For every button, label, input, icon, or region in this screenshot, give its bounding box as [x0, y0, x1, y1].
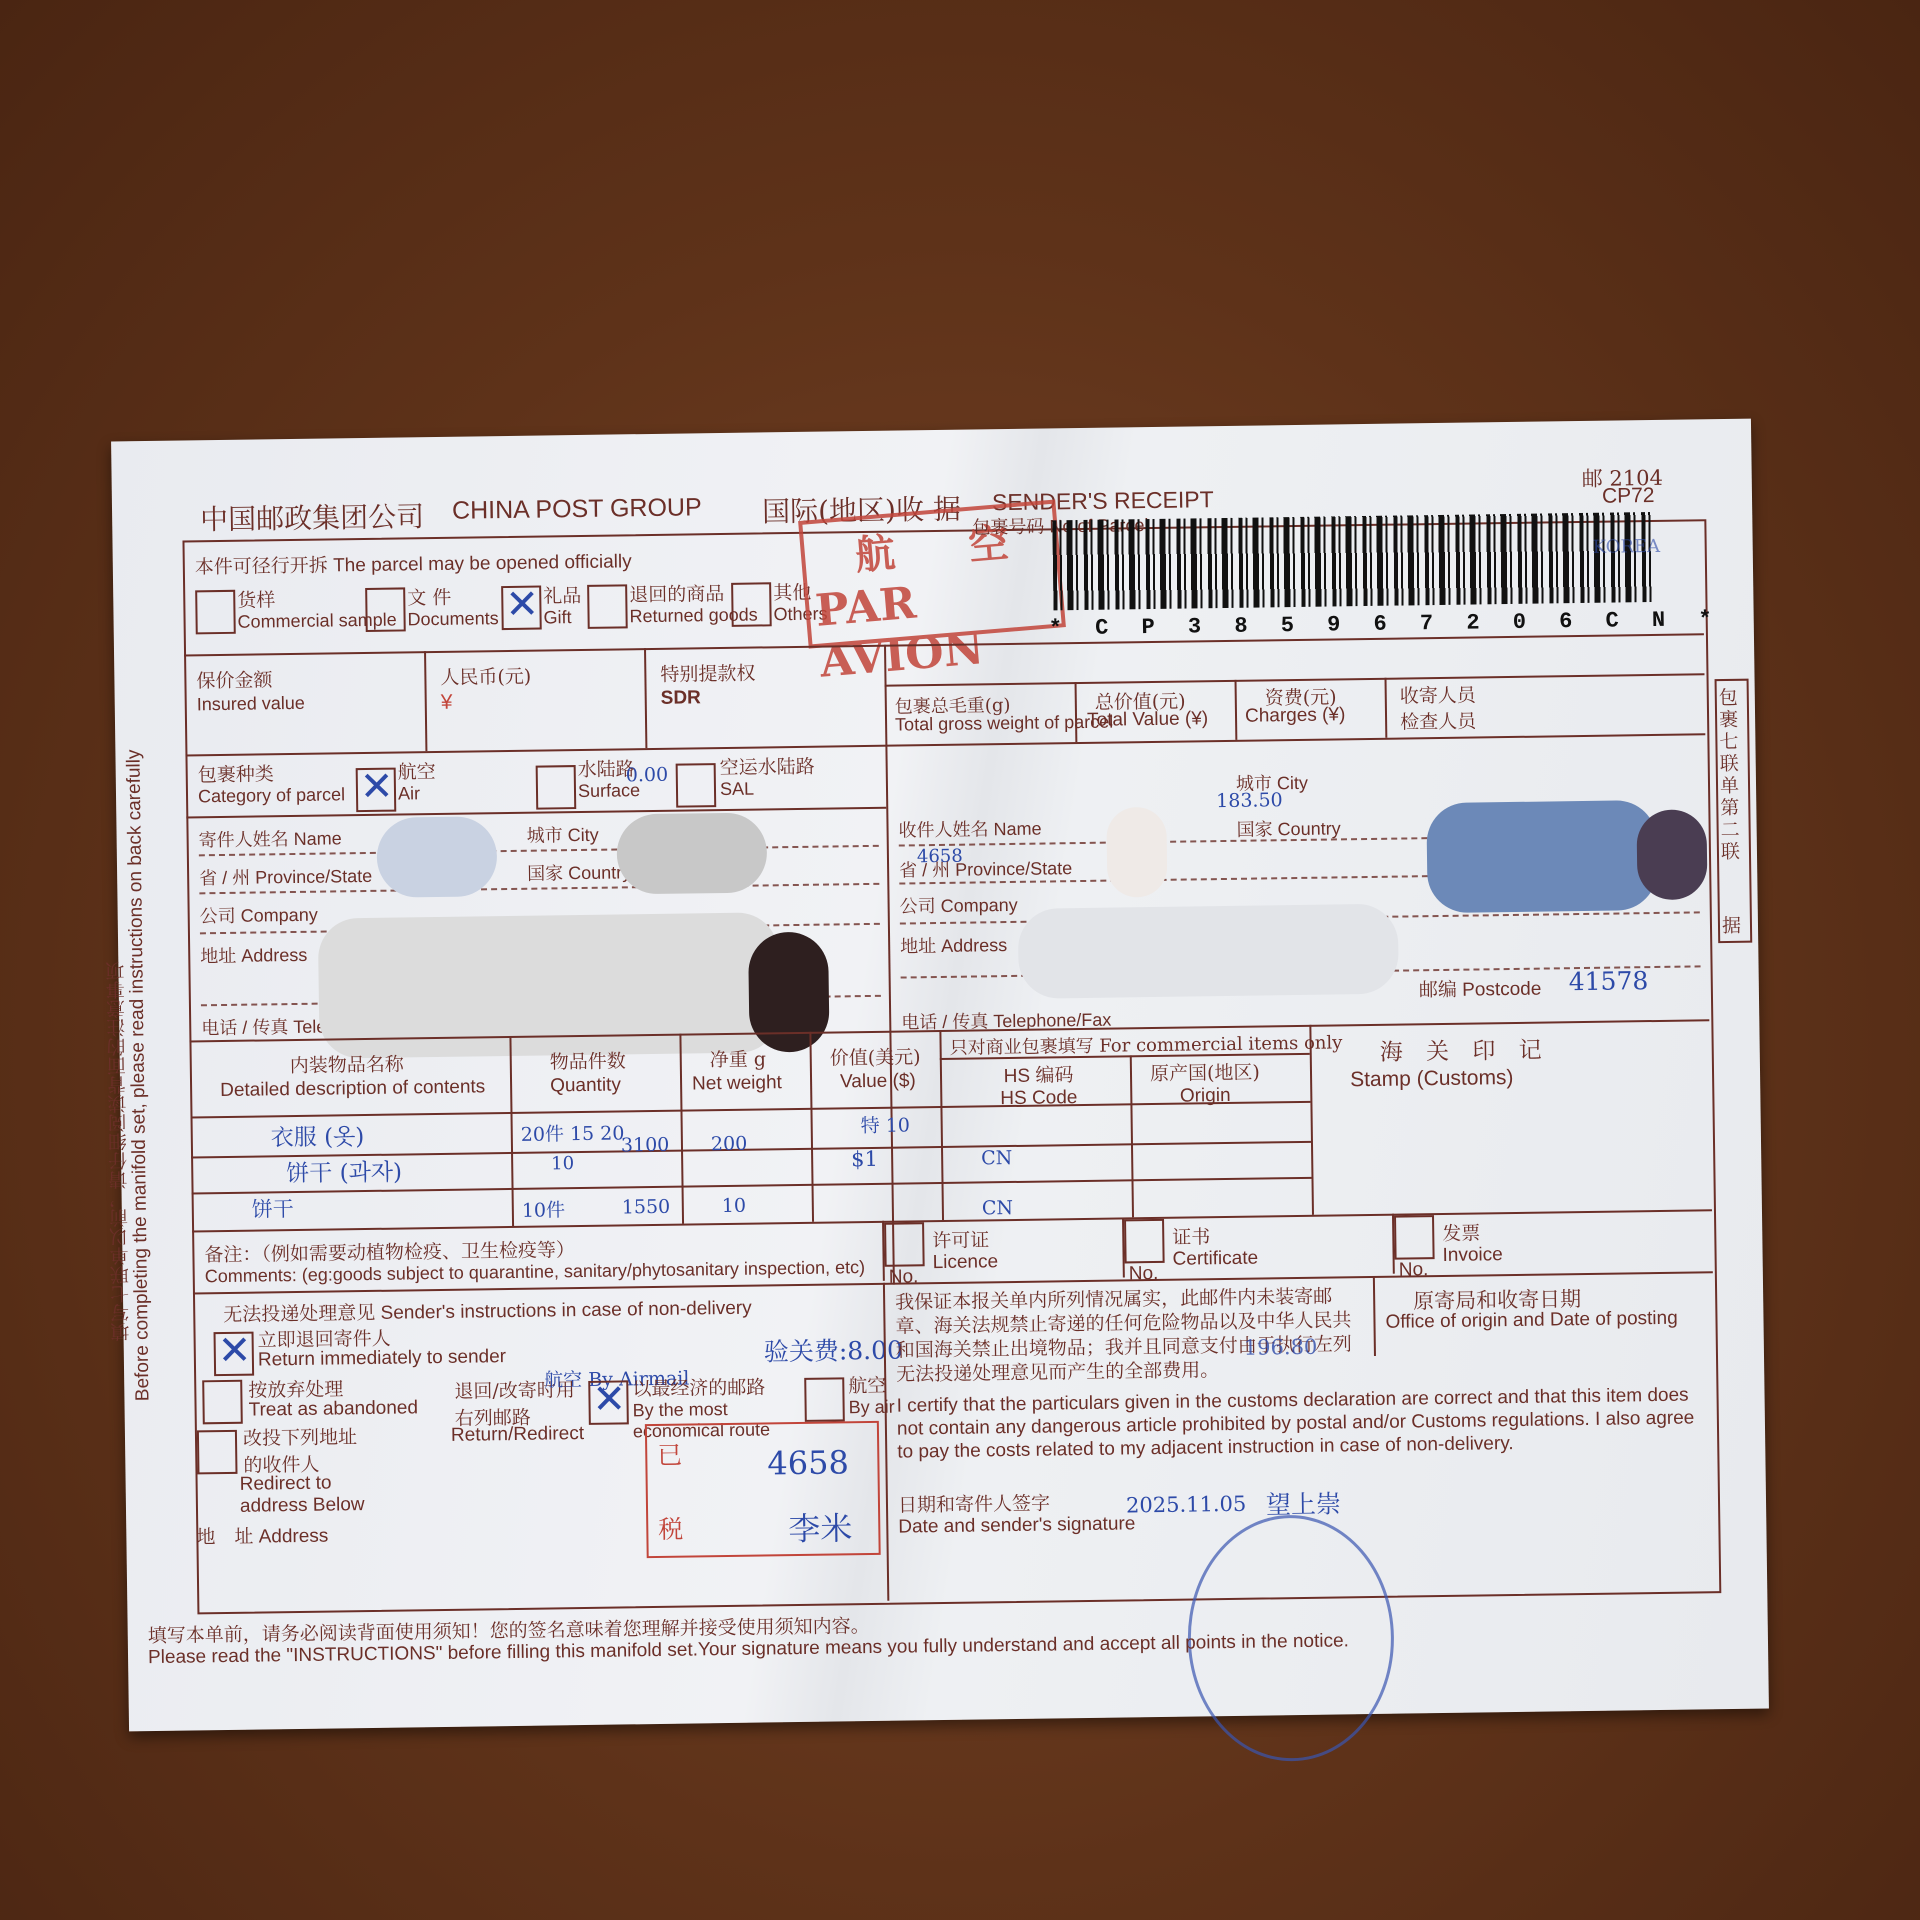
recipient-province-field[interactable]: 省 / 州 Province/State — [899, 854, 1072, 882]
customs-stamp-label: Stamp (Customs) — [1350, 1066, 1514, 1092]
redirect-address-field[interactable]: 地 址 Address — [196, 1521, 328, 1550]
checkbox-surface[interactable] — [536, 765, 577, 810]
form-code-cp72: CP72 — [1602, 484, 1655, 509]
company-name-en: CHINA POST GROUP — [452, 493, 702, 525]
checkbox-treat-abandoned[interactable] — [202, 1380, 243, 1425]
redaction — [376, 816, 497, 898]
table-row: 饼干 — [252, 1193, 294, 1224]
licence-no-field[interactable]: No. — [889, 1266, 919, 1288]
sender-country-field[interactable]: 国家 Country — [527, 858, 631, 885]
certificate-no-field[interactable]: No. — [1129, 1263, 1159, 1285]
charges-label: Charges (¥) — [1245, 704, 1346, 727]
redaction — [1106, 807, 1167, 898]
content-type-options: 货样 Commercial sample 文 件 Documents 礼品 Gi… — [111, 419, 1751, 442]
handwritten-charge: 183.50 — [1216, 789, 1283, 812]
redaction — [1018, 904, 1399, 999]
insured-value-label: Insured value — [197, 693, 305, 716]
right-note-zh: 包裹七联单第二联 — [1719, 687, 1743, 863]
recipient-postcode-value[interactable]: 41578 — [1569, 966, 1649, 996]
checkbox-air[interactable] — [356, 768, 397, 813]
sdr-label: SDR — [661, 687, 701, 710]
checkbox-redirect[interactable] — [197, 1430, 238, 1475]
redaction — [616, 812, 767, 894]
signature-label: Date and sender's signature — [898, 1513, 1135, 1538]
sender-name-field[interactable]: 寄件人姓名 Name — [198, 824, 341, 852]
paid-stamp: 已 税 4658 李米 — [645, 1421, 881, 1558]
table-row: 饼干 (과자) — [286, 1154, 402, 1189]
handwritten-surface-value: 0.00 — [626, 764, 669, 787]
table-row: 衣服 (옷) — [271, 1118, 365, 1152]
rmb-symbol: ¥ — [441, 691, 453, 715]
checkbox-gift[interactable] — [501, 586, 542, 631]
company-name-zh: 中国邮政集团公司 — [200, 495, 425, 538]
checkbox-others[interactable] — [731, 582, 772, 627]
checkbox-return-to-sender[interactable] — [214, 1332, 255, 1377]
sender-address-field[interactable]: 地址 Address — [200, 941, 307, 968]
office-origin-label: Office of origin and Date of posting — [1385, 1307, 1705, 1333]
checkbox-economical-route[interactable] — [588, 1380, 629, 1425]
recipient-address-field[interactable]: 地址 Address — [900, 931, 1007, 958]
sender-province-field[interactable]: 省 / 州 Province/State — [199, 862, 372, 890]
sender-block: 寄件人姓名 Name 城市 City 省 / 州 Province/State … — [111, 419, 1751, 442]
contents-table: 内装物品名称 Detailed description of contents … — [111, 419, 1751, 442]
checkbox-licence[interactable] — [884, 1222, 925, 1267]
senders-receipt-form: 中国邮政集团公司 CHINA POST GROUP 国际(地区)收 据 SEND… — [111, 419, 1769, 1732]
recipient-company-field[interactable]: 公司 Company — [899, 891, 1017, 919]
sender-city-field[interactable]: 城市 City — [526, 821, 598, 848]
invoice-no-field[interactable]: No. — [1399, 1259, 1429, 1281]
barcode-overprint: KOREA — [1593, 536, 1661, 558]
posting-date: 2025.11.05 — [1126, 1492, 1247, 1518]
sender-company-field[interactable]: 公司 Company — [200, 901, 318, 929]
redaction — [1636, 809, 1707, 900]
category-label: Category of parcel — [198, 784, 345, 807]
checkbox-commercial-sample[interactable] — [195, 590, 236, 635]
barcode — [1052, 512, 1653, 610]
checkbox-invoice[interactable] — [1394, 1215, 1435, 1260]
declaration-en: I certify that the particulars given in … — [896, 1383, 1697, 1463]
redaction — [1426, 800, 1658, 913]
checkbox-documents[interactable] — [365, 587, 406, 632]
checkbox-by-air[interactable] — [804, 1377, 845, 1422]
recipient-block: 收件人姓名 Name 城市 City 183.50 国家 Country 465… — [111, 419, 1751, 442]
checkbox-returned-goods[interactable] — [587, 584, 628, 629]
right-note-end: 据 — [1722, 911, 1741, 938]
checkbox-sal[interactable] — [676, 763, 717, 808]
checkbox-certificate[interactable] — [1124, 1219, 1165, 1264]
recipient-postcode-label: 邮编 Postcode — [1419, 974, 1542, 1003]
handwritten-total: 196.80 — [1244, 1335, 1318, 1360]
gross-weight-label: Total gross weight of parcel — [895, 712, 1113, 736]
inspection-fee: 验关费:8.00 — [764, 1331, 904, 1369]
recipient-name-field[interactable]: 收件人姓名 Name — [898, 815, 1041, 843]
total-value-label: Total Value (¥) — [1087, 708, 1208, 732]
